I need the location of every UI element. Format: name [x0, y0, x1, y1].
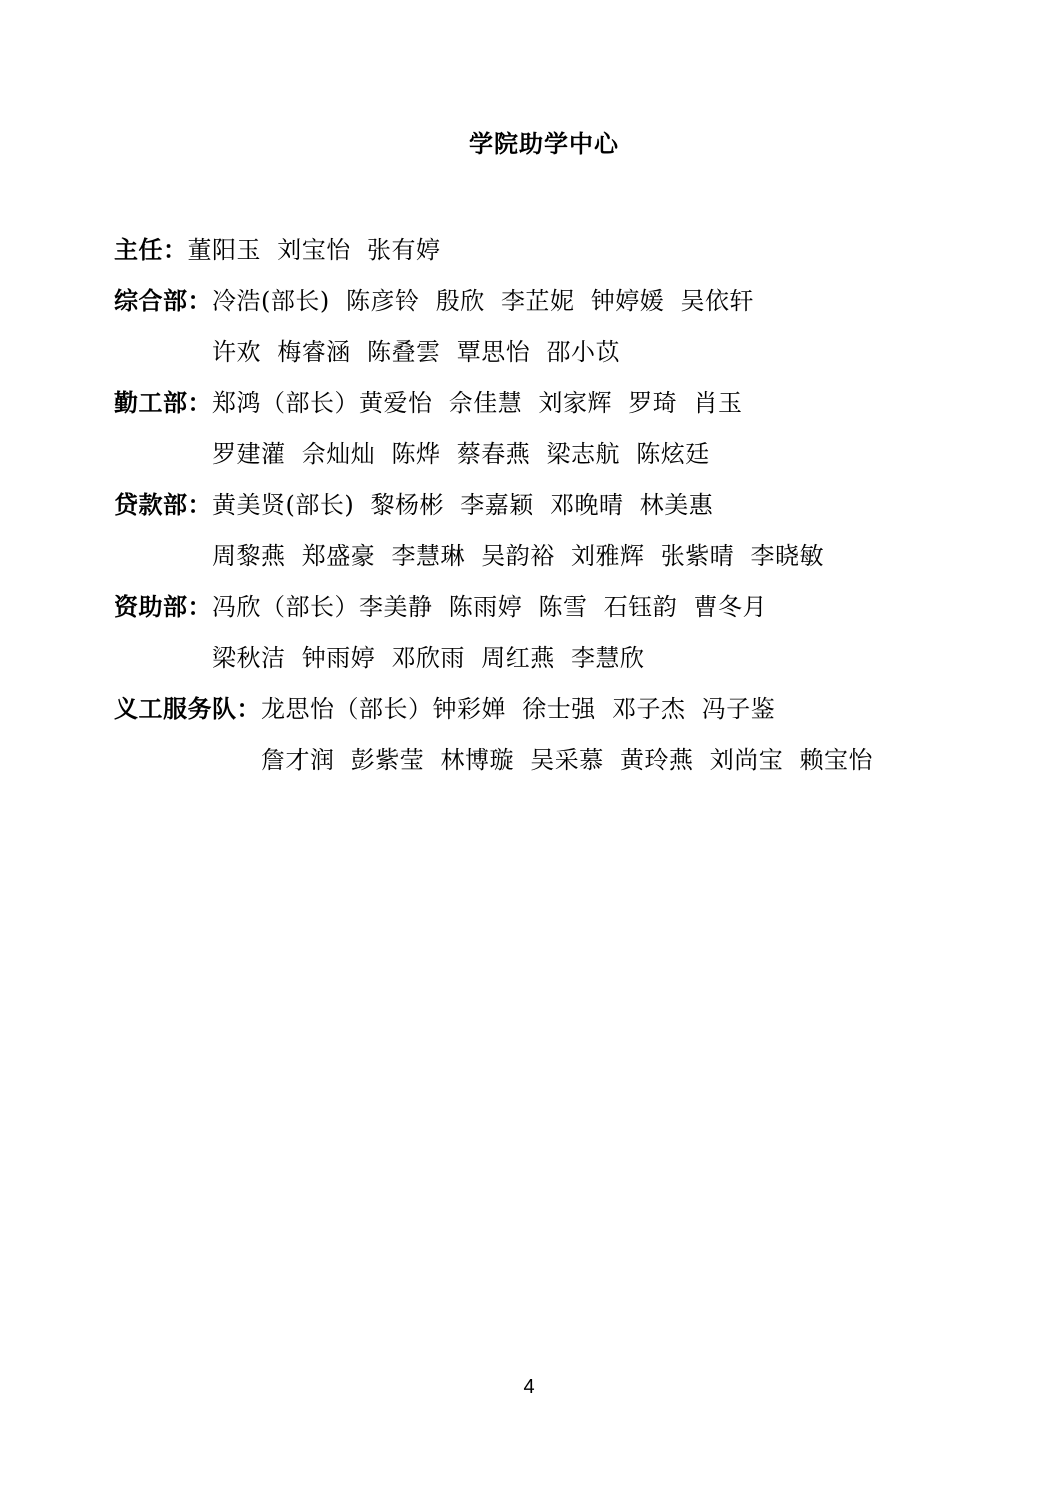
- member-line: 董阳玉 刘宝怡 张有婷: [188, 225, 441, 276]
- section-label: 综合部：: [114, 276, 212, 327]
- member-line: 罗建灌 佘灿灿 陈烨 蔡春燕 梁志航 陈炫廷: [212, 429, 743, 480]
- member-line: 龙思怡（部长）钟彩婵 徐士强 邓子杰 冯子鉴: [261, 684, 873, 735]
- member-list: 冷浩(部长) 陈彦铃 殷欣 李芷妮 钟婷媛 吴依轩 许欢 梅睿涵 陈叠雲 覃思怡…: [212, 276, 754, 378]
- member-line: 郑鸿（部长）黄爱怡 佘佳慧 刘家辉 罗琦 肖玉: [212, 378, 743, 429]
- section-label: 勤工部：: [114, 378, 212, 429]
- page-title: 学院助学中心: [0, 126, 1058, 162]
- member-list: 董阳玉 刘宝怡 张有婷: [188, 225, 441, 276]
- member-list: 郑鸿（部长）黄爱怡 佘佳慧 刘家辉 罗琦 肖玉 罗建灌 佘灿灿 陈烨 蔡春燕 梁…: [212, 378, 743, 480]
- member-line: 周黎燕 郑盛豪 李慧琳 吴韵裕 刘雅辉 张紫晴 李晓敏: [212, 531, 824, 582]
- document-page: 学院助学中心 主任： 董阳玉 刘宝怡 张有婷 综合部： 冷浩(部长) 陈彦铃 殷…: [0, 0, 1058, 1512]
- member-line: 冯欣（部长）李美静 陈雨婷 陈雪 石钰韵 曹冬月: [212, 582, 767, 633]
- member-roster: 主任： 董阳玉 刘宝怡 张有婷 综合部： 冷浩(部长) 陈彦铃 殷欣 李芷妮 钟…: [114, 225, 934, 786]
- page-number: 4: [0, 1374, 1058, 1400]
- section-label: 主任：: [114, 225, 188, 276]
- member-list: 黄美贤(部长) 黎杨彬 李嘉颖 邓晚晴 林美惠 周黎燕 郑盛豪 李慧琳 吴韵裕 …: [212, 480, 824, 582]
- section-volunteer-team: 义工服务队： 龙思怡（部长）钟彩婵 徐士强 邓子杰 冯子鉴 詹才润 彭紫莹 林博…: [114, 684, 934, 786]
- section-directors: 主任： 董阳玉 刘宝怡 张有婷: [114, 225, 934, 276]
- section-label: 义工服务队：: [114, 684, 261, 735]
- member-line: 冷浩(部长) 陈彦铃 殷欣 李芷妮 钟婷媛 吴依轩: [212, 276, 754, 327]
- section-financial-aid: 资助部： 冯欣（部长）李美静 陈雨婷 陈雪 石钰韵 曹冬月 梁秋洁 钟雨婷 邓欣…: [114, 582, 934, 684]
- section-label: 资助部：: [114, 582, 212, 633]
- member-line: 詹才润 彭紫莹 林博璇 吴采慕 黄玲燕 刘尚宝 赖宝怡: [261, 735, 873, 786]
- member-list: 龙思怡（部长）钟彩婵 徐士强 邓子杰 冯子鉴 詹才润 彭紫莹 林博璇 吴采慕 黄…: [261, 684, 873, 786]
- member-line: 黄美贤(部长) 黎杨彬 李嘉颖 邓晚晴 林美惠: [212, 480, 824, 531]
- section-work-study: 勤工部： 郑鸿（部长）黄爱怡 佘佳慧 刘家辉 罗琦 肖玉 罗建灌 佘灿灿 陈烨 …: [114, 378, 934, 480]
- section-label: 贷款部：: [114, 480, 212, 531]
- member-line: 许欢 梅睿涵 陈叠雲 覃思怡 邵小苡: [212, 327, 754, 378]
- section-loans: 贷款部： 黄美贤(部长) 黎杨彬 李嘉颖 邓晚晴 林美惠 周黎燕 郑盛豪 李慧琳…: [114, 480, 934, 582]
- section-general-affairs: 综合部： 冷浩(部长) 陈彦铃 殷欣 李芷妮 钟婷媛 吴依轩 许欢 梅睿涵 陈叠…: [114, 276, 934, 378]
- member-line: 梁秋洁 钟雨婷 邓欣雨 周红燕 李慧欣: [212, 633, 767, 684]
- member-list: 冯欣（部长）李美静 陈雨婷 陈雪 石钰韵 曹冬月 梁秋洁 钟雨婷 邓欣雨 周红燕…: [212, 582, 767, 684]
